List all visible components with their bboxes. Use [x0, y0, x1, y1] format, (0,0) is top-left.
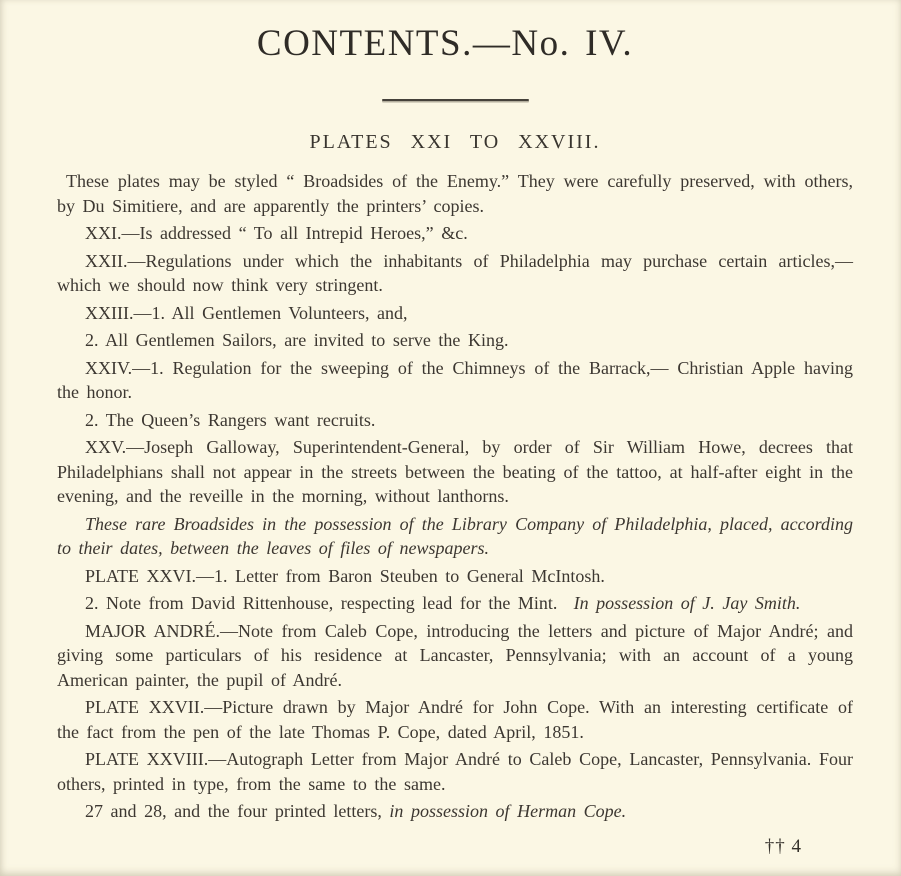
contents-body: These plates may be styled “ Broadsides … — [57, 169, 853, 824]
paragraph-text: These plates may be styled “ Broadsides … — [57, 171, 853, 216]
paragraph-text: 2. The Queen’s Rangers want recruits. — [85, 410, 375, 430]
paragraph-italic-text: in possession of Herman Cope. — [389, 801, 626, 821]
paragraph-plate-xxvii: PLATE XXVII.—Picture drawn by Major Andr… — [57, 695, 853, 744]
paragraph-plate-xxviii: PLATE XXVIII.—Autograph Letter from Majo… — [57, 747, 853, 796]
paragraph-plate-xxi: XXI.—Is addressed “ To all Intrepid Hero… — [57, 221, 853, 246]
paragraph-broadsides-note: These rare Broadsides in the possession … — [57, 512, 853, 561]
paragraph-text: XXI.—Is addressed “ To all Intrepid Hero… — [85, 223, 468, 243]
paragraph-plate-xxiv-item2: 2. The Queen’s Rangers want recruits. — [57, 408, 853, 433]
paragraph-text: PLATE XXVIII.—Autograph Letter from Majo… — [57, 749, 853, 794]
divider-rule — [382, 99, 529, 101]
paragraph-text: 2. Note from David Rittenhouse, respecti… — [85, 593, 557, 613]
paragraph-text: XXIV.—1. Regulation for the sweeping of … — [57, 358, 853, 403]
paragraph-text: XXV.—Joseph Galloway, Superintendent-Gen… — [57, 437, 853, 506]
paragraph-text: MAJOR ANDRÉ.—Note from Caleb Cope, intro… — [57, 621, 853, 690]
paragraph-intro: These plates may be styled “ Broadsides … — [57, 169, 853, 218]
paragraph-plate-xxiv: XXIV.—1. Regulation for the sweeping of … — [57, 356, 853, 405]
paragraph-text: 2. All Gentlemen Sailors, are invited to… — [85, 330, 508, 350]
paragraph-plate-xxiii-item2: 2. All Gentlemen Sailors, are invited to… — [57, 328, 853, 353]
page-title: CONTENTS.—No. IV. — [57, 22, 833, 65]
paragraph-plate-xxiii: XXIII.—1. All Gentlemen Volunteers, and, — [57, 301, 853, 326]
scanned-book-page: CONTENTS.—No. IV. PLATES XXI TO XXVIII. … — [0, 0, 901, 876]
paragraph-plate-xxvi: PLATE XXVI.—1. Letter from Baron Steuben… — [57, 564, 853, 589]
section-heading: PLATES XXI TO XXVIII. — [57, 131, 853, 154]
paragraph-italic-text: In possession of J. Jay Smith. — [574, 593, 801, 613]
paragraph-text: 27 and 28, and the four printed letters, — [85, 801, 389, 821]
paragraph-plate-xxii: XXII.—Regulations under which the inhabi… — [57, 249, 853, 298]
paragraph-possession-note: 27 and 28, and the four printed letters,… — [57, 799, 853, 824]
paragraph-text: PLATE XXVII.—Picture drawn by Major Andr… — [57, 697, 853, 742]
paragraph-plate-xxv: XXV.—Joseph Galloway, Superintendent-Gen… — [57, 435, 853, 509]
printers-signature-mark: †† 4 — [765, 836, 802, 858]
paragraph-major-andre: MAJOR ANDRÉ.—Note from Caleb Cope, intro… — [57, 619, 853, 693]
paragraph-text: XXII.—Regulations under which the inhabi… — [57, 251, 853, 296]
paragraph-plate-xxvi-item2: 2. Note from David Rittenhouse, respecti… — [57, 591, 853, 616]
paragraph-text: XXIII.—1. All Gentlemen Volunteers, and, — [85, 303, 408, 323]
paragraph-italic-text: These rare Broadsides in the possession … — [57, 514, 853, 559]
paragraph-text: PLATE XXVI.—1. Letter from Baron Steuben… — [85, 566, 605, 586]
